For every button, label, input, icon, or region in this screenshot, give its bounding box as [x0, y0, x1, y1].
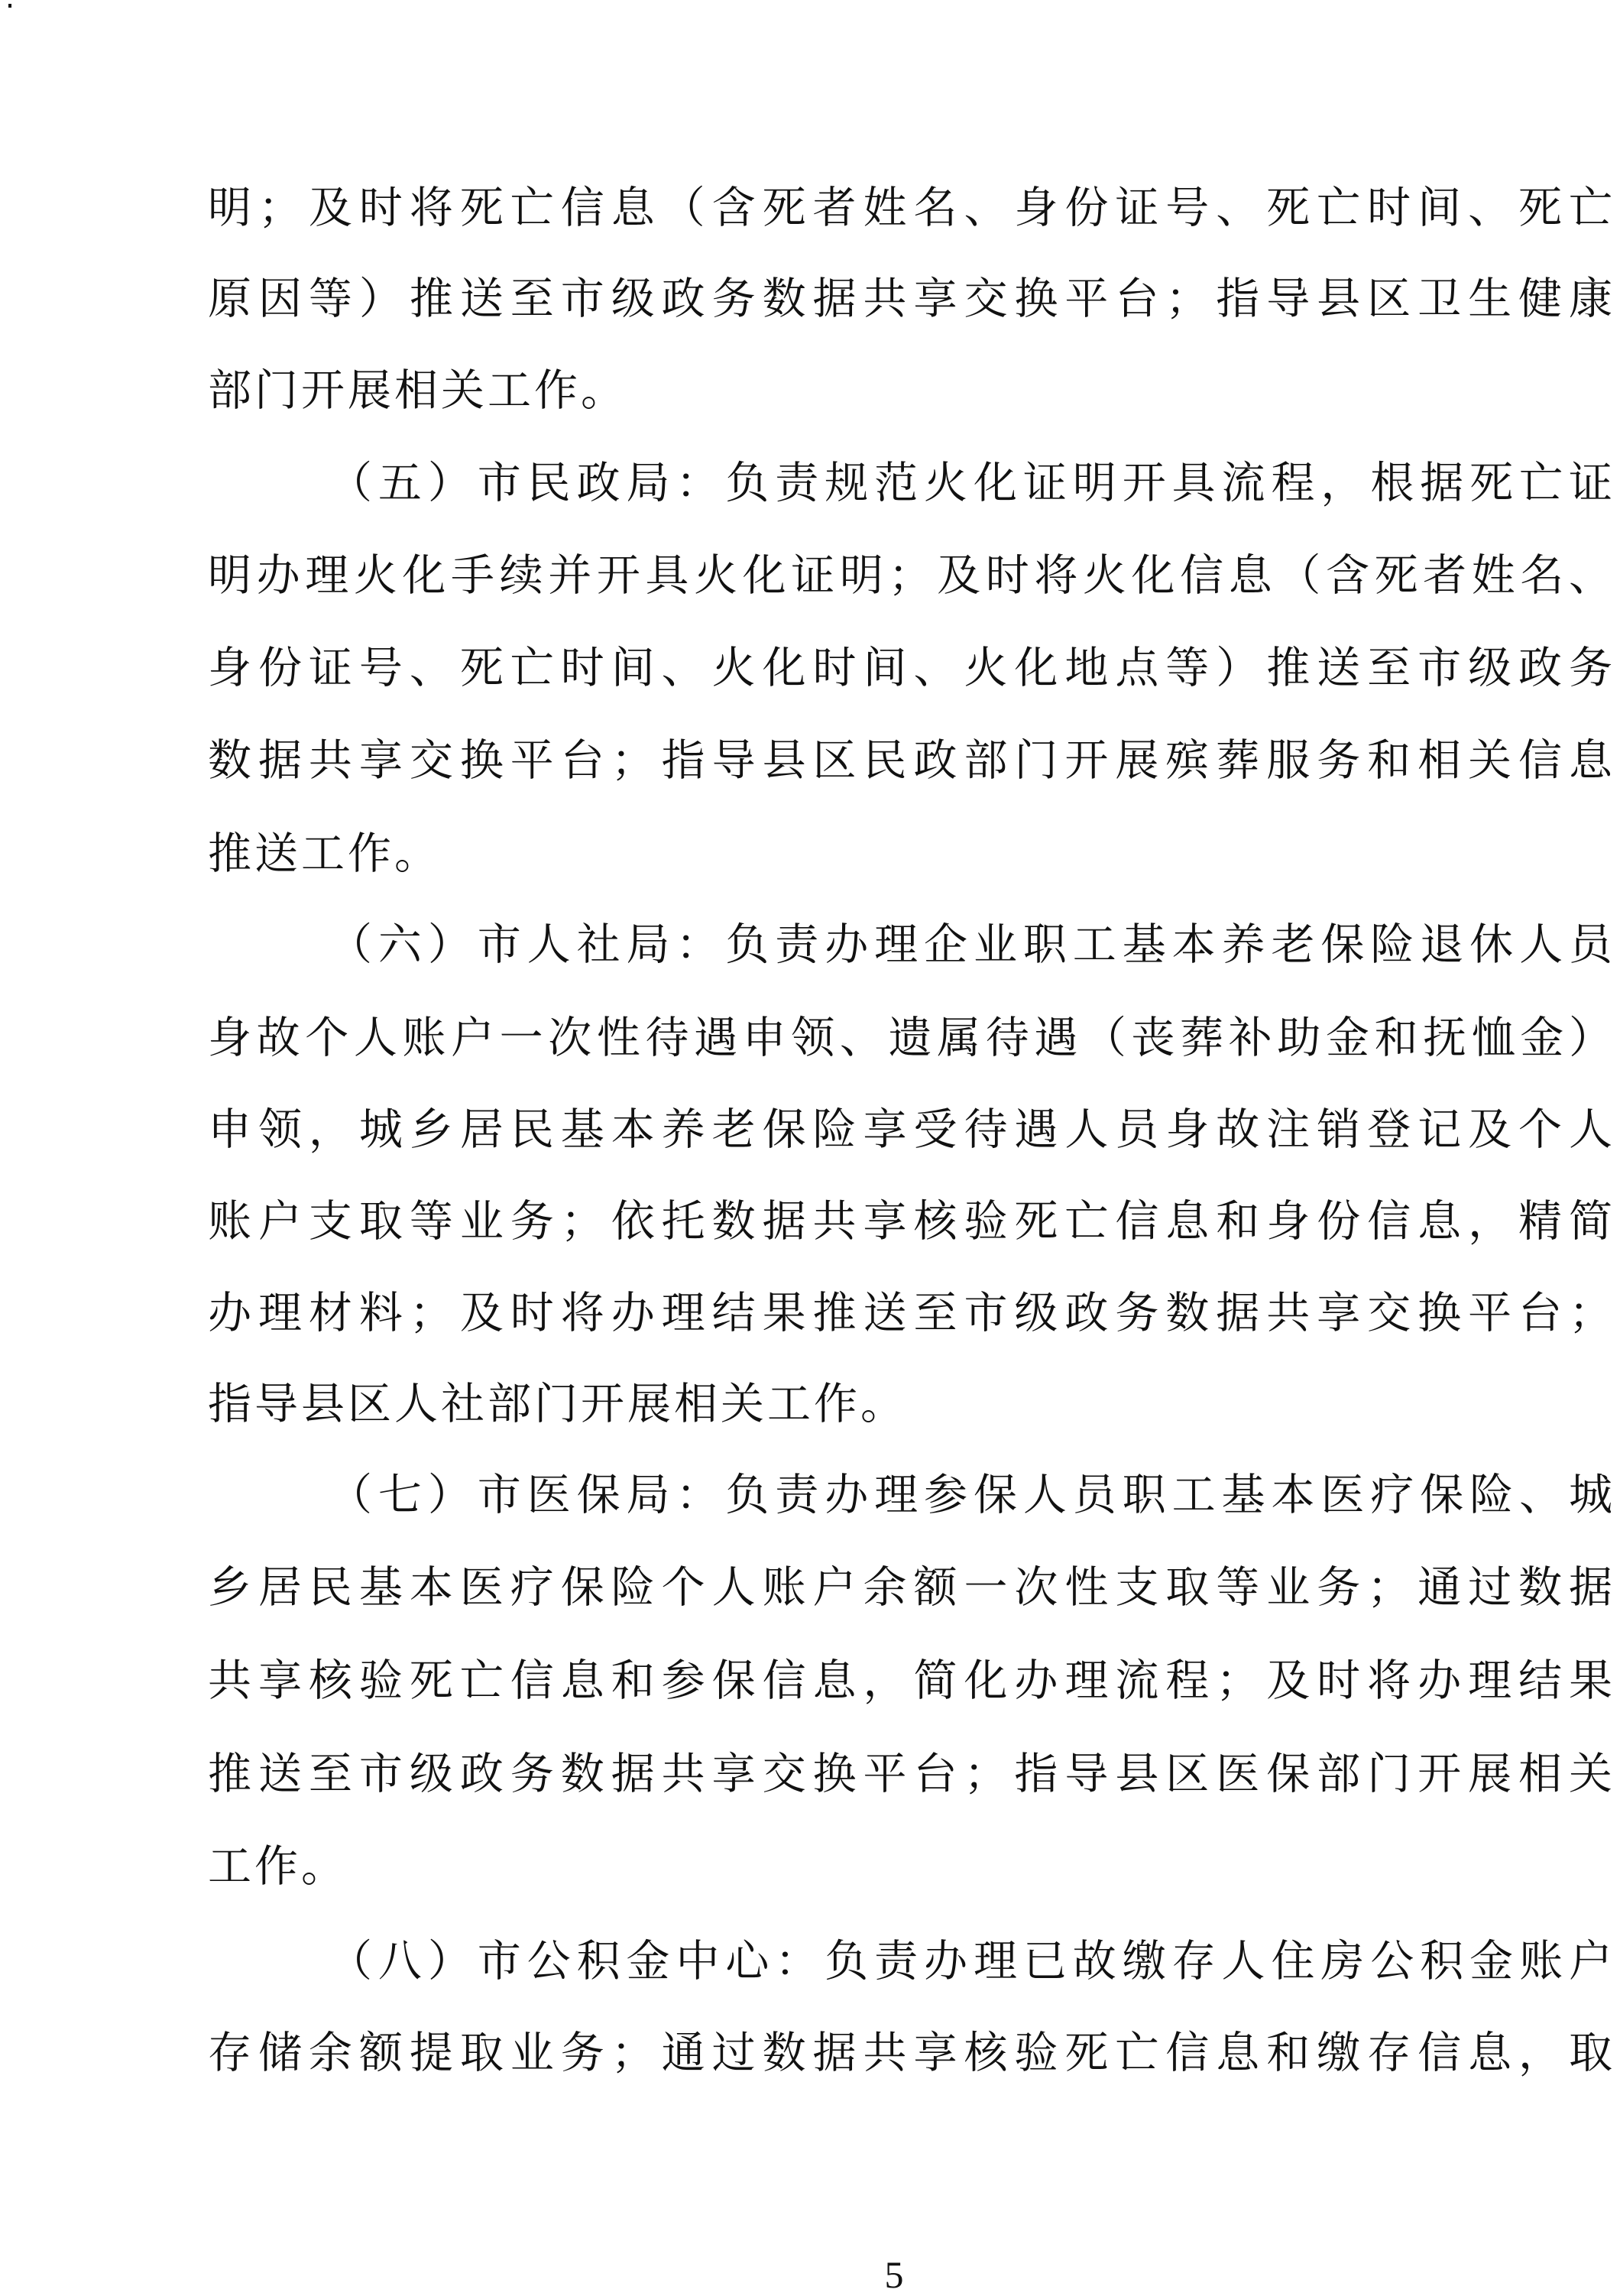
text-line: 乡居民基本医疗保险个人账户余额一次性支取等业务；通过数据	[208, 1560, 1612, 1615]
document-page: 明；及时将死亡信息（含死者姓名、身份证号、死亡时间、死亡 原因等）推送至市级政务…	[0, 0, 1620, 2296]
text-line: 工作。	[208, 1839, 1612, 1894]
text-line: 存储余额提取业务；通过数据共享核验死亡信息和缴存信息，取	[208, 2025, 1612, 2080]
scan-speck	[8, 4, 11, 8]
paragraph-first-line-item-6: （六）市人社局：负责办理企业职工基本养老保险退休人员	[329, 917, 1612, 972]
text-line: 原因等）推送至市级政务数据共享交换平台；指导县区卫生健康	[208, 271, 1612, 326]
paragraph-first-line-item-7: （七）市医保局：负责办理参保人员职工基本医疗保险、城	[329, 1467, 1612, 1523]
text-line: 共享核验死亡信息和参保信息，简化办理流程；及时将办理结果	[208, 1653, 1612, 1708]
text-line: 身故个人账户一次性待遇申领、遗属待遇（丧葬补助金和抚恤金）	[208, 1010, 1612, 1065]
text-line: 指导县区人社部门开展相关工作。	[208, 1377, 1612, 1432]
text-line: 身份证号、死亡时间、火化时间、火化地点等）推送至市级政务	[208, 640, 1612, 696]
text-line: 账户支取等业务；依托数据共享核验死亡信息和身份信息，精简	[208, 1194, 1612, 1249]
paragraph-first-line-item-5: （五）市民政局：负责规范火化证明开具流程，根据死亡证	[329, 456, 1612, 511]
text-line: 明办理火化手续并开具火化证明；及时将火化信息（含死者姓名、	[208, 548, 1612, 603]
page-number: 5	[871, 2253, 917, 2296]
text-line: 办理材料；及时将办理结果推送至市级政务数据共享交换平台；	[208, 1286, 1612, 1341]
text-line: 推送工作。	[208, 826, 1612, 881]
text-line: 明；及时将死亡信息（含死者姓名、身份证号、死亡时间、死亡	[208, 180, 1612, 235]
paragraph-first-line-item-8: （八）市公积金中心：负责办理已故缴存人住房公积金账户	[329, 1934, 1612, 1989]
text-line: 申领，城乡居民基本养老保险享受待遇人员身故注销登记及个人	[208, 1102, 1612, 1157]
text-line: 部门开展相关工作。	[208, 363, 1612, 418]
text-line: 推送至市级政务数据共享交换平台；指导县区医保部门开展相关	[208, 1746, 1612, 1801]
text-line: 数据共享交换平台；指导县区民政部门开展殡葬服务和相关信息	[208, 733, 1612, 788]
